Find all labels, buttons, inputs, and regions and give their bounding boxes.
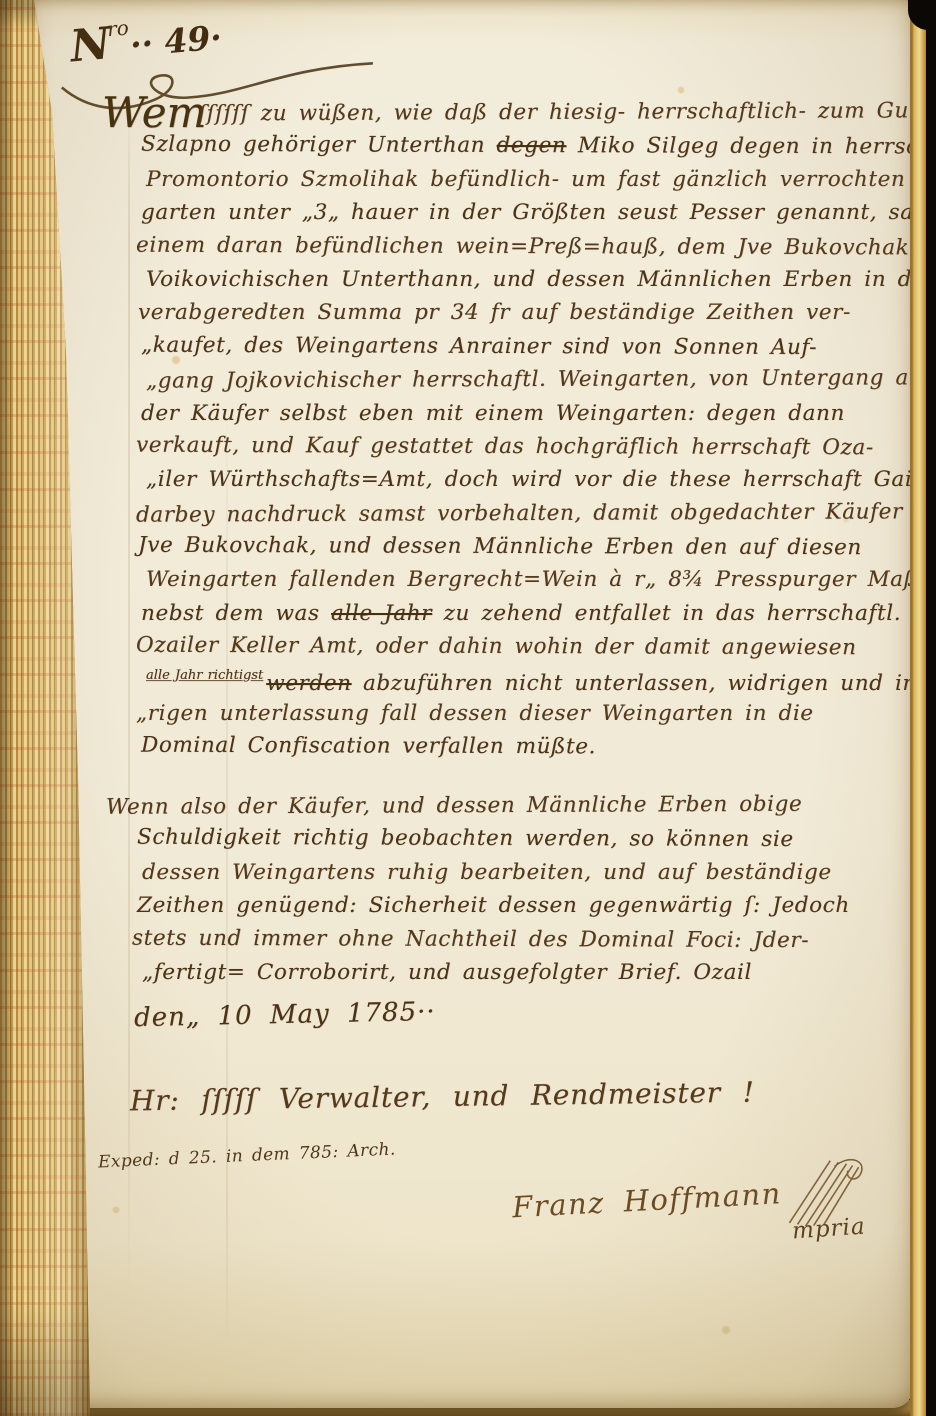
line-text: „iler Würthschafts=Amt, doch wird vor di… [146, 467, 927, 492]
next-page-edge-right [910, 0, 927, 1416]
manuscript-line: verabgeredten Summa pr 34 fr auf beständ… [138, 300, 902, 333]
paragraph-1-lines: ſſſſſſ zu wüßen, wie daß der hiesig- her… [106, 100, 902, 768]
date-line: den„ 10 May 1785·· [134, 997, 436, 1033]
line-text: stets und immer ohne Nachtheil des Domin… [132, 925, 809, 952]
expedition-note: Exped: d 25. in dem 785: Arch. [98, 1140, 396, 1173]
line-text: Miko Silgeg degen in herrschaftl. [566, 134, 936, 160]
line-text: garten unter „3„ hauer in der Größten se… [141, 200, 936, 225]
manuscript-line: alle Jahr richtigstwerden abzuführen nic… [146, 668, 902, 701]
line-text: „rigen unterlassung fall dessen dieser W… [136, 701, 814, 726]
manuscript-line: ſſſſſſ zu wüßen, wie daß der hiesig- her… [136, 98, 902, 135]
manuscript-line: Weingarten fallenden Bergrecht=Wein à r„… [146, 567, 902, 600]
manuscript-line: „gang Jojkovichischer herrschaftl. Weing… [146, 365, 902, 402]
manuscript-page: Nro·· 49· Wem ſſſſſſ zu wüßen, wie daß d… [26, 0, 914, 1408]
line-text: Dominal Confiscation verfallen müßte. [141, 733, 596, 760]
line-text: Weingarten fallenden Bergrecht=Wein à r„… [146, 567, 919, 592]
manuscript-line: garten unter „3„ hauer in der Größten se… [141, 200, 902, 233]
line-text: nebst dem was [141, 601, 331, 626]
line-text: Jve Bukovchak, und dessen Männliche Erbe… [138, 533, 862, 561]
manuscript-line: Promontorio Szmolihak befündlich- um fas… [146, 167, 902, 200]
line-text: ſſſſſſ zu wüßen, wie daß der hiesig- her… [198, 98, 927, 126]
photo-frame: Nro·· 49· Wem ſſſſſſ zu wüßen, wie daß d… [0, 0, 936, 1416]
manuscript-line: „rigen unterlassung fall dessen dieser W… [136, 701, 902, 734]
manuscript-line: darbey nachdruck samst vorbehalten, dami… [136, 499, 902, 536]
line-text: Wenn also der Käufer, und dessen Männlic… [106, 792, 802, 820]
line-text: zu zehend entfallet in das herrschaftl. [432, 601, 901, 626]
manuscript-line: stets und immer ohne Nachtheil des Domin… [132, 925, 902, 961]
manuscript-line: nebst dem was alle Jahr zu zehend entfal… [141, 601, 902, 634]
document-number-superscript: ro [106, 15, 130, 41]
signature-name: Franz Hoffmann [511, 1176, 782, 1224]
line-text: „gang Jojkovichischer herrschaftl. Weing… [146, 365, 936, 393]
line-text: Ozailer Keller Amt, oder dahin wohin der… [136, 633, 857, 661]
manuscript-line: verkauft, und Kauf gestattet das hochgrä… [136, 433, 902, 469]
line-text: Voikovichischen Unterthann, und dessen M… [146, 267, 936, 292]
line-text: der Käufer selbst eben mit einem Weingar… [141, 401, 845, 426]
manuscript-line: Jve Bukovchak, und dessen Männliche Erbe… [138, 533, 902, 569]
manuscript-line: Szlapno gehöriger Unterthan degen Miko S… [141, 132, 902, 168]
manuscript-line: einem daran befündlichen wein=Preß=hauß,… [136, 232, 902, 268]
struck-text: werden [266, 671, 351, 696]
line-text: „kaufet, des Weingartens Anrainer sind v… [141, 332, 817, 359]
manuscript-line: Voikovichischen Unterthann, und dessen M… [146, 267, 902, 300]
photo-dark-edge-right [926, 0, 936, 1416]
manuscript-line: Schuldigkeit richtig beobachten werden, … [137, 825, 902, 861]
manuscript-line: „kaufet, des Weingartens Anrainer sind v… [141, 332, 902, 368]
manuscript-paragraph-2: Wenn also der Käufer, und dessen Männlic… [106, 793, 902, 993]
manuscript-line: dessen Weingartens ruhig bearbeiten, und… [142, 860, 902, 893]
manuscript-line: „fertigt= Corroborirt, und ausgefolgter … [142, 960, 902, 993]
interlinear-insertion: alle Jahr richtigst [146, 668, 263, 683]
struck-text: alle Jahr [331, 601, 432, 626]
line-text: darbey nachdruck samst vorbehalten, dami… [136, 499, 903, 527]
line-text: Szlapno gehöriger Unterthan [141, 132, 497, 158]
document-number: Nro·· 49· [68, 7, 224, 72]
line-text: verkauft, und Kauf gestattet das hochgrä… [136, 433, 874, 461]
manuscript-line: Dominal Confiscation verfallen müßte. [141, 733, 902, 769]
manuscript-line: Zeithen genügend: Sicherheit dessen gege… [137, 893, 902, 926]
paragraph-2-lines: Wenn also der Käufer, und dessen Männlic… [106, 793, 902, 993]
line-text: abzuführen nicht unterlassen, widrigen u… [352, 671, 936, 696]
document-number-initial: N [68, 18, 111, 72]
salutation-line: Hr: ſſſſſ Verwalter, und Rendmeister ! [130, 1076, 755, 1118]
line-text: dessen Weingartens ruhig bearbeiten, und… [142, 860, 832, 885]
line-text: verabgeredten Summa pr 34 fr auf beständ… [138, 300, 851, 325]
manuscript-line: Ozailer Keller Amt, oder dahin wohin der… [136, 633, 902, 669]
manuscript-line: Wenn also der Käufer, und dessen Männlic… [106, 791, 902, 828]
line-text: Schuldigkeit richtig beobachten werden, … [137, 825, 794, 852]
line-text: „fertigt= Corroborirt, und ausgefolgter … [142, 960, 752, 985]
manuscript-line: der Käufer selbst eben mit einem Weingar… [141, 401, 902, 434]
manuscript-line: „iler Würthschafts=Amt, doch wird vor di… [146, 467, 902, 500]
document-number-value: ·· 49· [128, 17, 223, 64]
line-text: einem daran befündlichen wein=Preß=hauß,… [136, 232, 909, 260]
line-text: Zeithen genügend: Sicherheit dessen gege… [137, 893, 850, 918]
manuscript-paragraph-1: Wem ſſſſſſ zu wüßen, wie daß der hiesig-… [106, 100, 902, 768]
signature-mark: mpria [791, 1213, 866, 1244]
struck-text: degen [497, 133, 567, 158]
line-text: Promontorio Szmolihak befündlich- um fas… [146, 167, 936, 192]
